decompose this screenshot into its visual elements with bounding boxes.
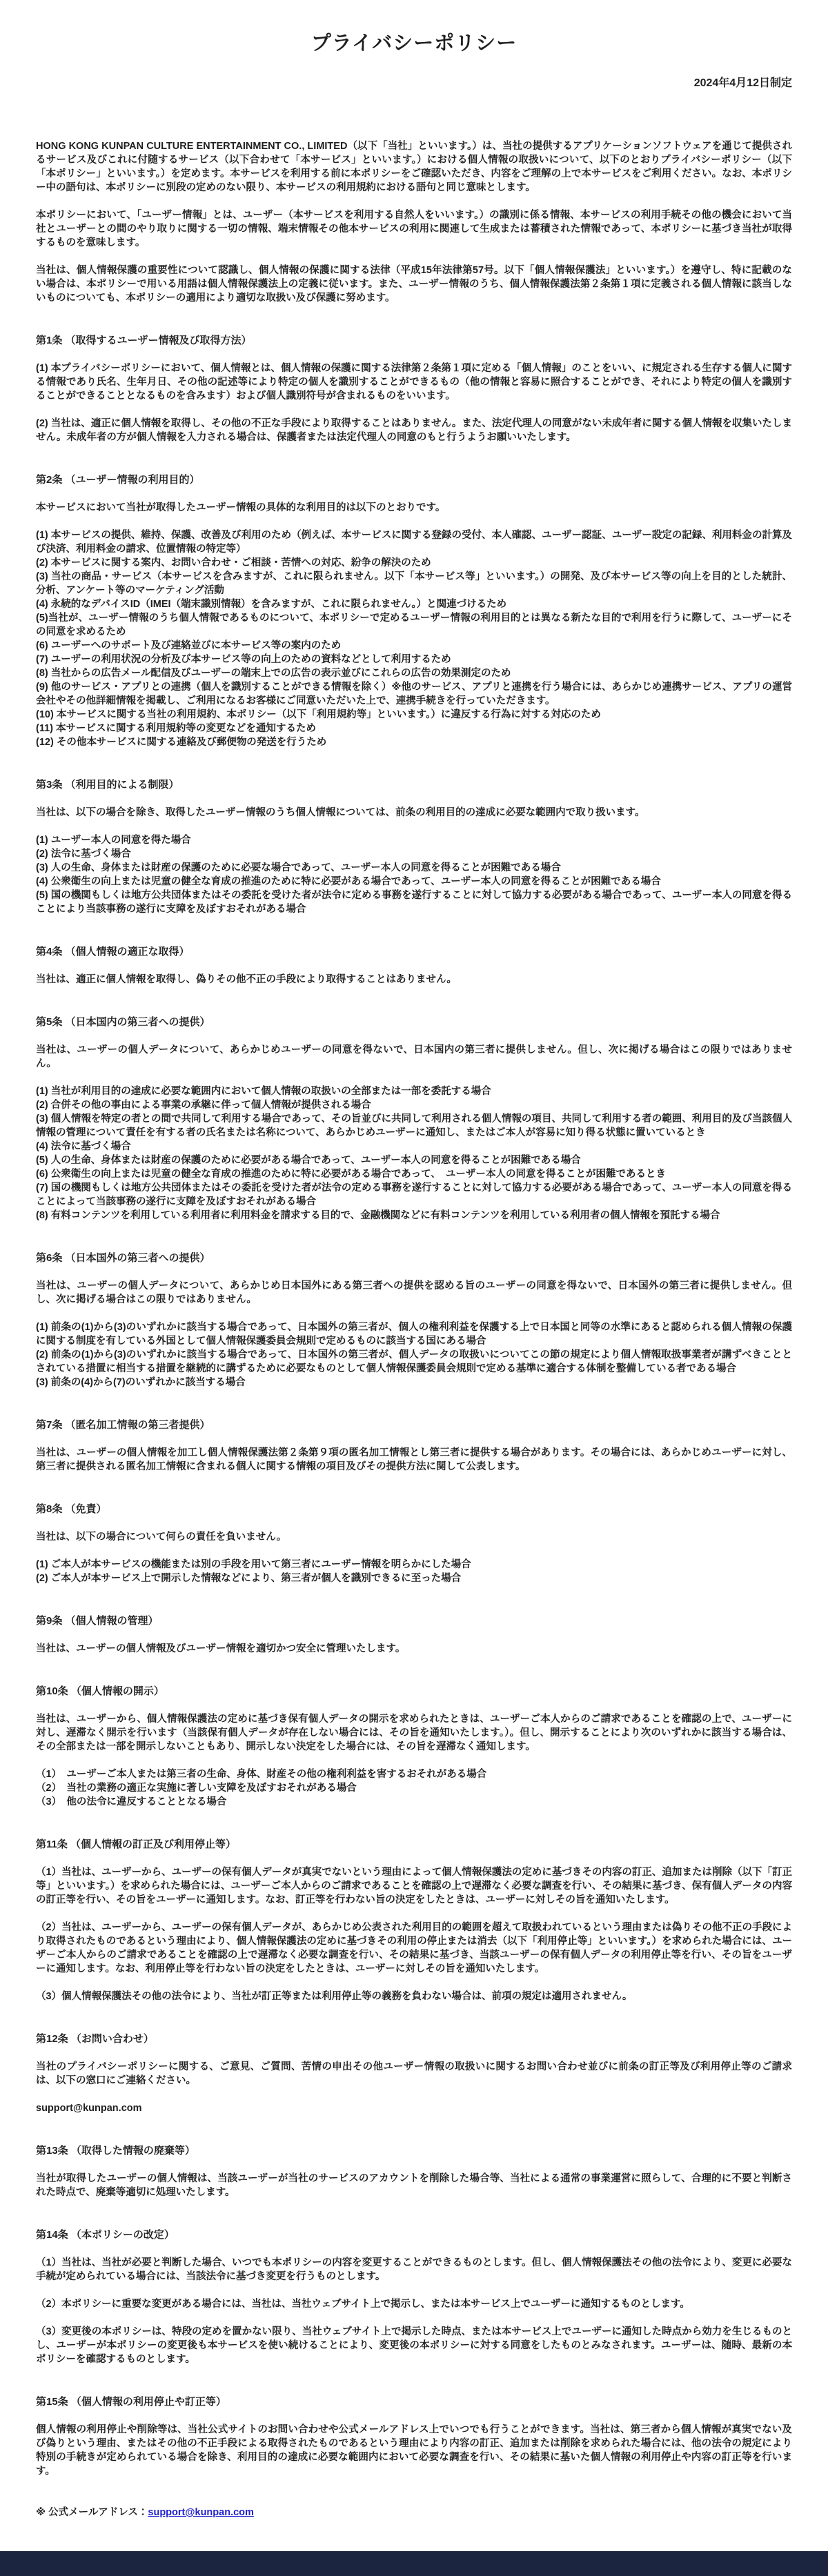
section-heading: 第3条 （利用目的による制限） bbox=[36, 778, 792, 792]
policy-list-item: (5) 人の生命、身体または財産の保護のために必要がある場合であって、ユーザー本… bbox=[36, 1153, 792, 1167]
enactment-date: 2024年4月12日制定 bbox=[36, 74, 792, 90]
policy-paragraph: support@kunpan.com bbox=[36, 2101, 792, 2115]
privacy-policy-page: プライバシーポリシー 2024年4月12日制定 HONG KONG KUNPAN… bbox=[0, 0, 828, 2576]
policy-list-item: (8) 有料コンテンツを利用している利用者に利用料金を請求する目的で、金融機関な… bbox=[36, 1209, 792, 1222]
policy-list-item: (7) ユーザーの利用状況の分析及び本サービス等の向上のための資料などとして利用… bbox=[36, 653, 792, 666]
policy-paragraph: 当社は、ユーザーの個人情報及びユーザー情報を適切かつ安全に管理いたします。 bbox=[36, 1642, 792, 1656]
policy-list-item: (11) 本サービスに関する利用規約等の変更などを通知するため bbox=[36, 722, 792, 735]
policy-paragraph: (2) 当社は、適正に個人情報を取得し、その他の不正な手段により取得することはあ… bbox=[36, 417, 792, 444]
policy-list-item: (6) ユーザーへのサポート及び連絡並びに本サービス等の案内のため bbox=[36, 639, 792, 653]
policy-list-item: (3) 人の生命、身体または財産の保護のために必要な場合であって、ユーザー本人の… bbox=[36, 861, 792, 875]
section-heading: 第14条 （本ポリシーの改定） bbox=[36, 2228, 792, 2242]
policy-list-item: （1） ユーザーご本人または第三者の生命、身体、財産その他の権利利益を害するおそ… bbox=[36, 1767, 792, 1781]
footer-note-prefix: ※ 公式メールアドレス： bbox=[36, 2507, 148, 2518]
policy-paragraph: (1) 本プライバシーポリシーにおいて、個人情報とは、個人情報の保護に関する法律… bbox=[36, 361, 792, 403]
policy-list-item: (6) 公衆衛生の向上または児童の健全な育成の推進のために特に必要がある場合であ… bbox=[36, 1167, 792, 1181]
policy-list-item: (1) ユーザー本人の同意を得た場合 bbox=[36, 833, 792, 847]
policy-paragraph: （3）個人情報保護法その他の法令により、当社が訂正等または利用停止等の義務を負わ… bbox=[36, 1990, 792, 2003]
policy-list-item: (3) 当社の商品・サービス（本サービスを含みますが、これに限られません。以下「… bbox=[36, 570, 792, 597]
policy-list-item: (4) 永続的なデバイスID（IMEI（端末識別情報）を含みますが、これに限られ… bbox=[36, 597, 792, 611]
policy-list-item: (4) 法令に基づく場合 bbox=[36, 1140, 792, 1153]
intro-paragraph: 当社は、個人情報保護の重要性について認識し、個人情報の保護に関する法律（平成15… bbox=[36, 264, 792, 305]
policy-paragraph: 当社が取得したユーザーの個人情報は、当該ユーザーが当社のサービスのアカウントを削… bbox=[36, 2172, 792, 2199]
section-heading: 第15条 （個人情報の利用停止や訂正等） bbox=[36, 2395, 792, 2409]
policy-paragraph: （3）変更後の本ポリシーは、特段の定めを置かない限り、当社ウェブサイト上で掲示し… bbox=[36, 2325, 792, 2366]
page-title: プライバシーポリシー bbox=[36, 28, 792, 56]
policy-list-item: (7) 国の機関もしくは地方公共団体またはその委託を受けた者が法令の定める事務を… bbox=[36, 1181, 792, 1209]
policy-paragraph: 当社は、適正に個人情報を取得し、偽りその他不正の手段により取得することはありませ… bbox=[36, 973, 792, 987]
policy-list-item: (1) ご本人が本サービスの機能または別の手段を用いて第三者にユーザー情報を明ら… bbox=[36, 1558, 792, 1572]
section-heading: 第8条 （免責） bbox=[36, 1503, 792, 1516]
policy-list-item: (2) 合併その他の事由による事業の承継に伴って個人情報が提供される場合 bbox=[36, 1098, 792, 1112]
policy-paragraph: 個人情報の利用停止や削除等は、当社公式サイトのお問い合わせや公式メールアドレス上… bbox=[36, 2423, 792, 2478]
section-heading: 第7条 （匿名加工情報の第三者提供） bbox=[36, 1418, 792, 1432]
policy-list-item: (9) 他のサービス・アプリとの連携（個人を識別することができる情報を除く）※他… bbox=[36, 680, 792, 708]
section-heading: 第1条 （取得するユーザー情報及び取得方法） bbox=[36, 334, 792, 348]
policy-paragraph: 当社は、ユーザーの個人データについて、あらかじめ日本国外にある第三者への提供を認… bbox=[36, 1279, 792, 1307]
policy-paragraph: 当社は、以下の場合について何らの責任を負いません。 bbox=[36, 1530, 792, 1544]
policy-list-item: (3) 前条の(4)から(7)のいずれかに該当する場合 bbox=[36, 1376, 792, 1389]
intro-paragraph: HONG KONG KUNPAN CULTURE ENTERTAINMENT C… bbox=[36, 139, 792, 195]
policy-list-item: (2) ご本人が本サービス上で開示した情報などにより、第三者が個人を識別できるに… bbox=[36, 1572, 792, 1585]
policy-list-item: （2） 当社の業務の適正な実施に著しい支障を及ぼすおそれがある場合 bbox=[36, 1781, 792, 1795]
policy-paragraph: 本サービスにおいて当社が取得したユーザー情報の具体的な利用目的は以下のとおりです… bbox=[36, 501, 792, 515]
policy-paragraph: 当社のプライバシーポリシーに関する、ご意見、ご質問、苦情の申出その他ユーザー情報… bbox=[36, 2060, 792, 2088]
policy-list-item: (12) その他本サービスに関する連絡及び郵便物の発送を行うため bbox=[36, 735, 792, 749]
policy-list-item: (2) 法令に基づく場合 bbox=[36, 847, 792, 861]
policy-paragraph: （1）当社は、ユーザーから、ユーザーの保有個人データが真実でないという理由によっ… bbox=[36, 1865, 792, 1907]
policy-paragraph: 当社は、ユーザーの個人情報を加工し個人情報保護法第２条第９項の匿名加工情報とし第… bbox=[36, 1446, 792, 1474]
section-heading: 第13条 （取得した情報の廃棄等） bbox=[36, 2144, 792, 2158]
document-body: HONG KONG KUNPAN CULTURE ENTERTAINMENT C… bbox=[36, 139, 792, 2478]
policy-paragraph: （2）当社は、ユーザーから、ユーザーの保有個人データが、あらかじめ公表された利用… bbox=[36, 1921, 792, 1976]
policy-list-item: （3） 他の法令に違反することとなる場合 bbox=[36, 1795, 792, 1809]
policy-paragraph: 当社は、以下の場合を除き、取得したユーザー情報のうち個人情報については、前条の利… bbox=[36, 806, 792, 820]
section-heading: 第11条 （個人情報の訂正及び利用停止等） bbox=[36, 1838, 792, 1852]
section-heading: 第12条 （お問い合わせ） bbox=[36, 2032, 792, 2046]
official-email-link[interactable]: support@kunpan.com bbox=[148, 2507, 254, 2518]
section-heading: 第6条 （日本国外の第三者への提供） bbox=[36, 1251, 792, 1265]
section-heading: 第10条 （個人情報の開示） bbox=[36, 1685, 792, 1698]
policy-paragraph: （1）当社は、当社が必要と判断した場合、いつでも本ポリシーの内容を変更することが… bbox=[36, 2256, 792, 2283]
policy-list-item: (2) 本サービスに関する案内、お問い合わせ・ご相談・苦情への対応、紛争の解決の… bbox=[36, 556, 792, 570]
policy-paragraph: 当社は、ユーザーの個人データについて、あらかじめユーザーの同意を得ないで、日本国… bbox=[36, 1043, 792, 1071]
policy-list-item: (10) 本サービスに関する当社の利用規約、本ポリシー（以下「利用規約等」といい… bbox=[36, 708, 792, 722]
document-content: プライバシーポリシー 2024年4月12日制定 HONG KONG KUNPAN… bbox=[0, 0, 828, 2551]
section-heading: 第4条 （個人情報の適正な取得） bbox=[36, 945, 792, 959]
policy-list-item: (1) 本サービスの提供、維持、保護、改善及び利用のため（例えば、本サービスに関… bbox=[36, 528, 792, 556]
footer-bar bbox=[0, 2551, 828, 2576]
section-heading: 第9条 （個人情報の管理） bbox=[36, 1614, 792, 1628]
policy-paragraph: （2）本ポリシーに重要な変更がある場合には、当社は、当社ウェブサイト上で掲示し、… bbox=[36, 2297, 792, 2311]
policy-list-item: (5) 国の機関もしくは地方公共団体またはその委託を受けた者が法令に定める事務を… bbox=[36, 889, 792, 916]
policy-list-item: (1) 当社が利用目的の達成に必要な範囲内において個人情報の取扱いの全部または一… bbox=[36, 1084, 792, 1098]
policy-list-item: (1) 前条の(1)から(3)のいずれかに該当する場合であって、日本国外の第三者… bbox=[36, 1320, 792, 1348]
footer-note: ※ 公式メールアドレス：support@kunpan.com bbox=[36, 2506, 792, 2519]
section-heading: 第5条 （日本国内の第三者への提供） bbox=[36, 1015, 792, 1029]
policy-list-item: (8) 当社からの広告メール配信及びユーザーの端末上での広告の表示並びにこれらの… bbox=[36, 666, 792, 680]
policy-paragraph: 当社は、ユーザーから、個人情報保護法の定めに基づき保有個人データの開示を求められ… bbox=[36, 1712, 792, 1754]
policy-list-item: (3) 個人情報を特定の者との間で共同して利用する場合であって、その旨並びに共同… bbox=[36, 1112, 792, 1140]
policy-list-item: (4) 公衆衛生の向上または児童の健全な育成の推進のために特に必要がある場合であ… bbox=[36, 875, 792, 889]
policy-list-item: (5)当社が、ユーザー情報のうち個人情報であるものについて、本ポリシーで定めるユ… bbox=[36, 611, 792, 639]
policy-list-item: (2) 前条の(1)から(3)のいずれかに該当する場合であって、日本国外の第三者… bbox=[36, 1348, 792, 1376]
intro-paragraph: 本ポリシーにおいて、「ユーザー情報」とは、ユーザー（本サービスを利用する自然人を… bbox=[36, 208, 792, 250]
section-heading: 第2条 （ユーザー情報の利用目的） bbox=[36, 473, 792, 487]
